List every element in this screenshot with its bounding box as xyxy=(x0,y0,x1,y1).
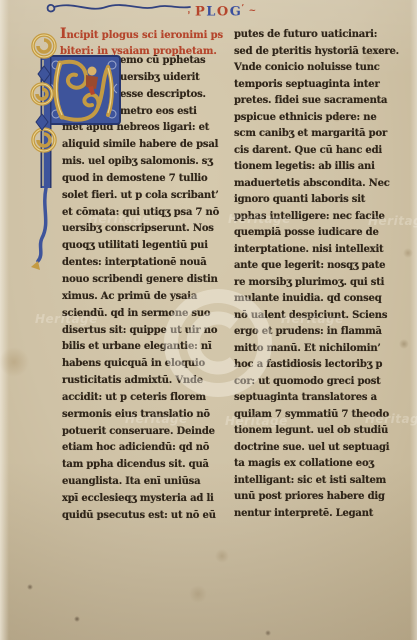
running-header: ,PLOG’~ xyxy=(168,2,278,19)
text-line: emo cū pphetas xyxy=(120,53,222,70)
text-line: mitto manū. Et nichilomin’ xyxy=(234,341,404,358)
text-line: sed de pteritis hystoriā texere. xyxy=(234,44,404,61)
text-line: solet fieri. ut p cola scribant’ xyxy=(62,188,222,205)
text-line: quod in demostene 7 tullio xyxy=(62,171,222,188)
text-line: maduertetis abscondita. Nec xyxy=(234,176,404,193)
text-line: ergo et prudens: in flammā xyxy=(234,324,404,341)
text-line: potuerit conseruare. Deinde xyxy=(62,424,222,441)
text-line: nouo scribendi genere distin xyxy=(62,272,222,289)
text-line: pretes. fidei sue sacramenta xyxy=(234,93,404,110)
text-line: intelligant: sic et isti saltem xyxy=(234,473,404,490)
text-line: bilis et urbane elegantie: nī xyxy=(62,339,222,356)
text-line: xpī ecclesieqʒ mysteria ad li xyxy=(62,491,222,508)
text-line: cis darent. Que cū hanc edi xyxy=(234,143,404,160)
text-line: hoc a fastidiosis lectoribʒ p xyxy=(234,357,404,374)
text-line: quoqʒ utilitati legentiū pui xyxy=(62,238,222,255)
text-line: septuaginta translatores a xyxy=(234,390,404,407)
text-line: dentes: interptationē nouā xyxy=(62,255,222,272)
text-line: et cōmata: qui utiqʒ psa 7 nō xyxy=(62,205,222,222)
text-line: disertus sit: quippe ut uir no xyxy=(62,323,222,340)
marginal-ornament xyxy=(24,28,64,273)
rubric-line: Incipit plogus sci ieronimi ps xyxy=(60,26,223,43)
text-line: quidū psecutus est: ut nō eū xyxy=(62,508,222,525)
header-superscript: ’ xyxy=(241,2,245,12)
header-prefix-mark: , xyxy=(185,5,193,16)
text-line: Vnde conicio noluisse tunc xyxy=(234,60,404,77)
header-letter: P xyxy=(195,4,206,19)
text-line: etiam hoc adiciendū: qd nō xyxy=(62,440,222,457)
text-line: re morsibʒ plurimoʒ. qui sti xyxy=(234,275,404,292)
text-line: mis. uel opibʒ salomonis. sʒ xyxy=(62,154,222,171)
text-line: esse descriptos. xyxy=(120,87,222,104)
text-line: tionem legunt. uel ob studiū xyxy=(234,423,404,440)
text-line: pphas intelligere: nec facile xyxy=(234,209,404,226)
text-line: metro eos esti xyxy=(120,104,222,121)
text-column-right: putes de futuro uaticinari:sed de pterit… xyxy=(234,27,404,522)
text-line: uersibʒ uiderit xyxy=(120,70,222,87)
text-line: accidit: ut p ceteris florem xyxy=(62,390,222,407)
text-line: habens quicquā in eloquio xyxy=(62,356,222,373)
text-line: sermonis eius translatio nō xyxy=(62,407,222,424)
text-line: quilam 7 symmatiū 7 theodo xyxy=(234,407,404,424)
text-line: unū post priores habere dig xyxy=(234,489,404,506)
text-line: mulante inuidia. qd conseq xyxy=(234,291,404,308)
header-letter: L xyxy=(206,4,217,19)
text-line: rusticitatis admixtū. Vnde xyxy=(62,373,222,390)
text-line: tionem legetis: ab illis ani xyxy=(234,159,404,176)
text-line: putes de futuro uaticinari: xyxy=(234,27,404,44)
text-line: ante que legerit: nosqʒ pate xyxy=(234,258,404,275)
text-line: quempiā posse iudicare de xyxy=(234,225,404,242)
text-line: uersibʒ conscripserunt. Nos xyxy=(62,221,222,238)
text-column-left: emo cū pphetasuersibʒ uideritesse descri… xyxy=(62,53,222,525)
manuscript-page-photo: ,PLOG’~ Incipit plogus sci ieronimi ps b… xyxy=(0,0,417,640)
text-line: cor: ut quomodo greci post xyxy=(234,374,404,391)
text-line: ximus. Ac primū de ysaia xyxy=(62,289,222,306)
text-line: scm canibʒ et margaritā por xyxy=(234,126,404,143)
text-line: ignoro quanti laboris sit xyxy=(234,192,404,209)
header-letter: O xyxy=(217,4,230,19)
text-line: nō ualent despiciunt. Sciens xyxy=(234,308,404,325)
running-header-letters: PLOG xyxy=(195,4,242,19)
text-line: ta magis ex collatione eoʒ xyxy=(234,456,404,473)
text-line: euanglista. Ita enī uniūsa xyxy=(62,474,222,491)
text-line: met apud hebreos ligari: et xyxy=(62,120,222,137)
text-line: doctrine sue. uel ut septuagi xyxy=(234,440,404,457)
text-line: tam ppha dicendus sit. quā xyxy=(62,457,222,474)
text-line: interptatione. nisi intellexit xyxy=(234,242,404,259)
text-line: temporis septuaginta inter xyxy=(234,77,404,94)
text-line: sciendū. qd in sermone suo xyxy=(62,306,222,323)
text-line: aliquid simile habere de psal xyxy=(62,137,222,154)
header-suffix-mark: ~ xyxy=(249,6,258,16)
text-line: nentur interpretē. Legant xyxy=(234,506,404,523)
text-line: pspicue ethnicis pdere: ne xyxy=(234,110,404,127)
